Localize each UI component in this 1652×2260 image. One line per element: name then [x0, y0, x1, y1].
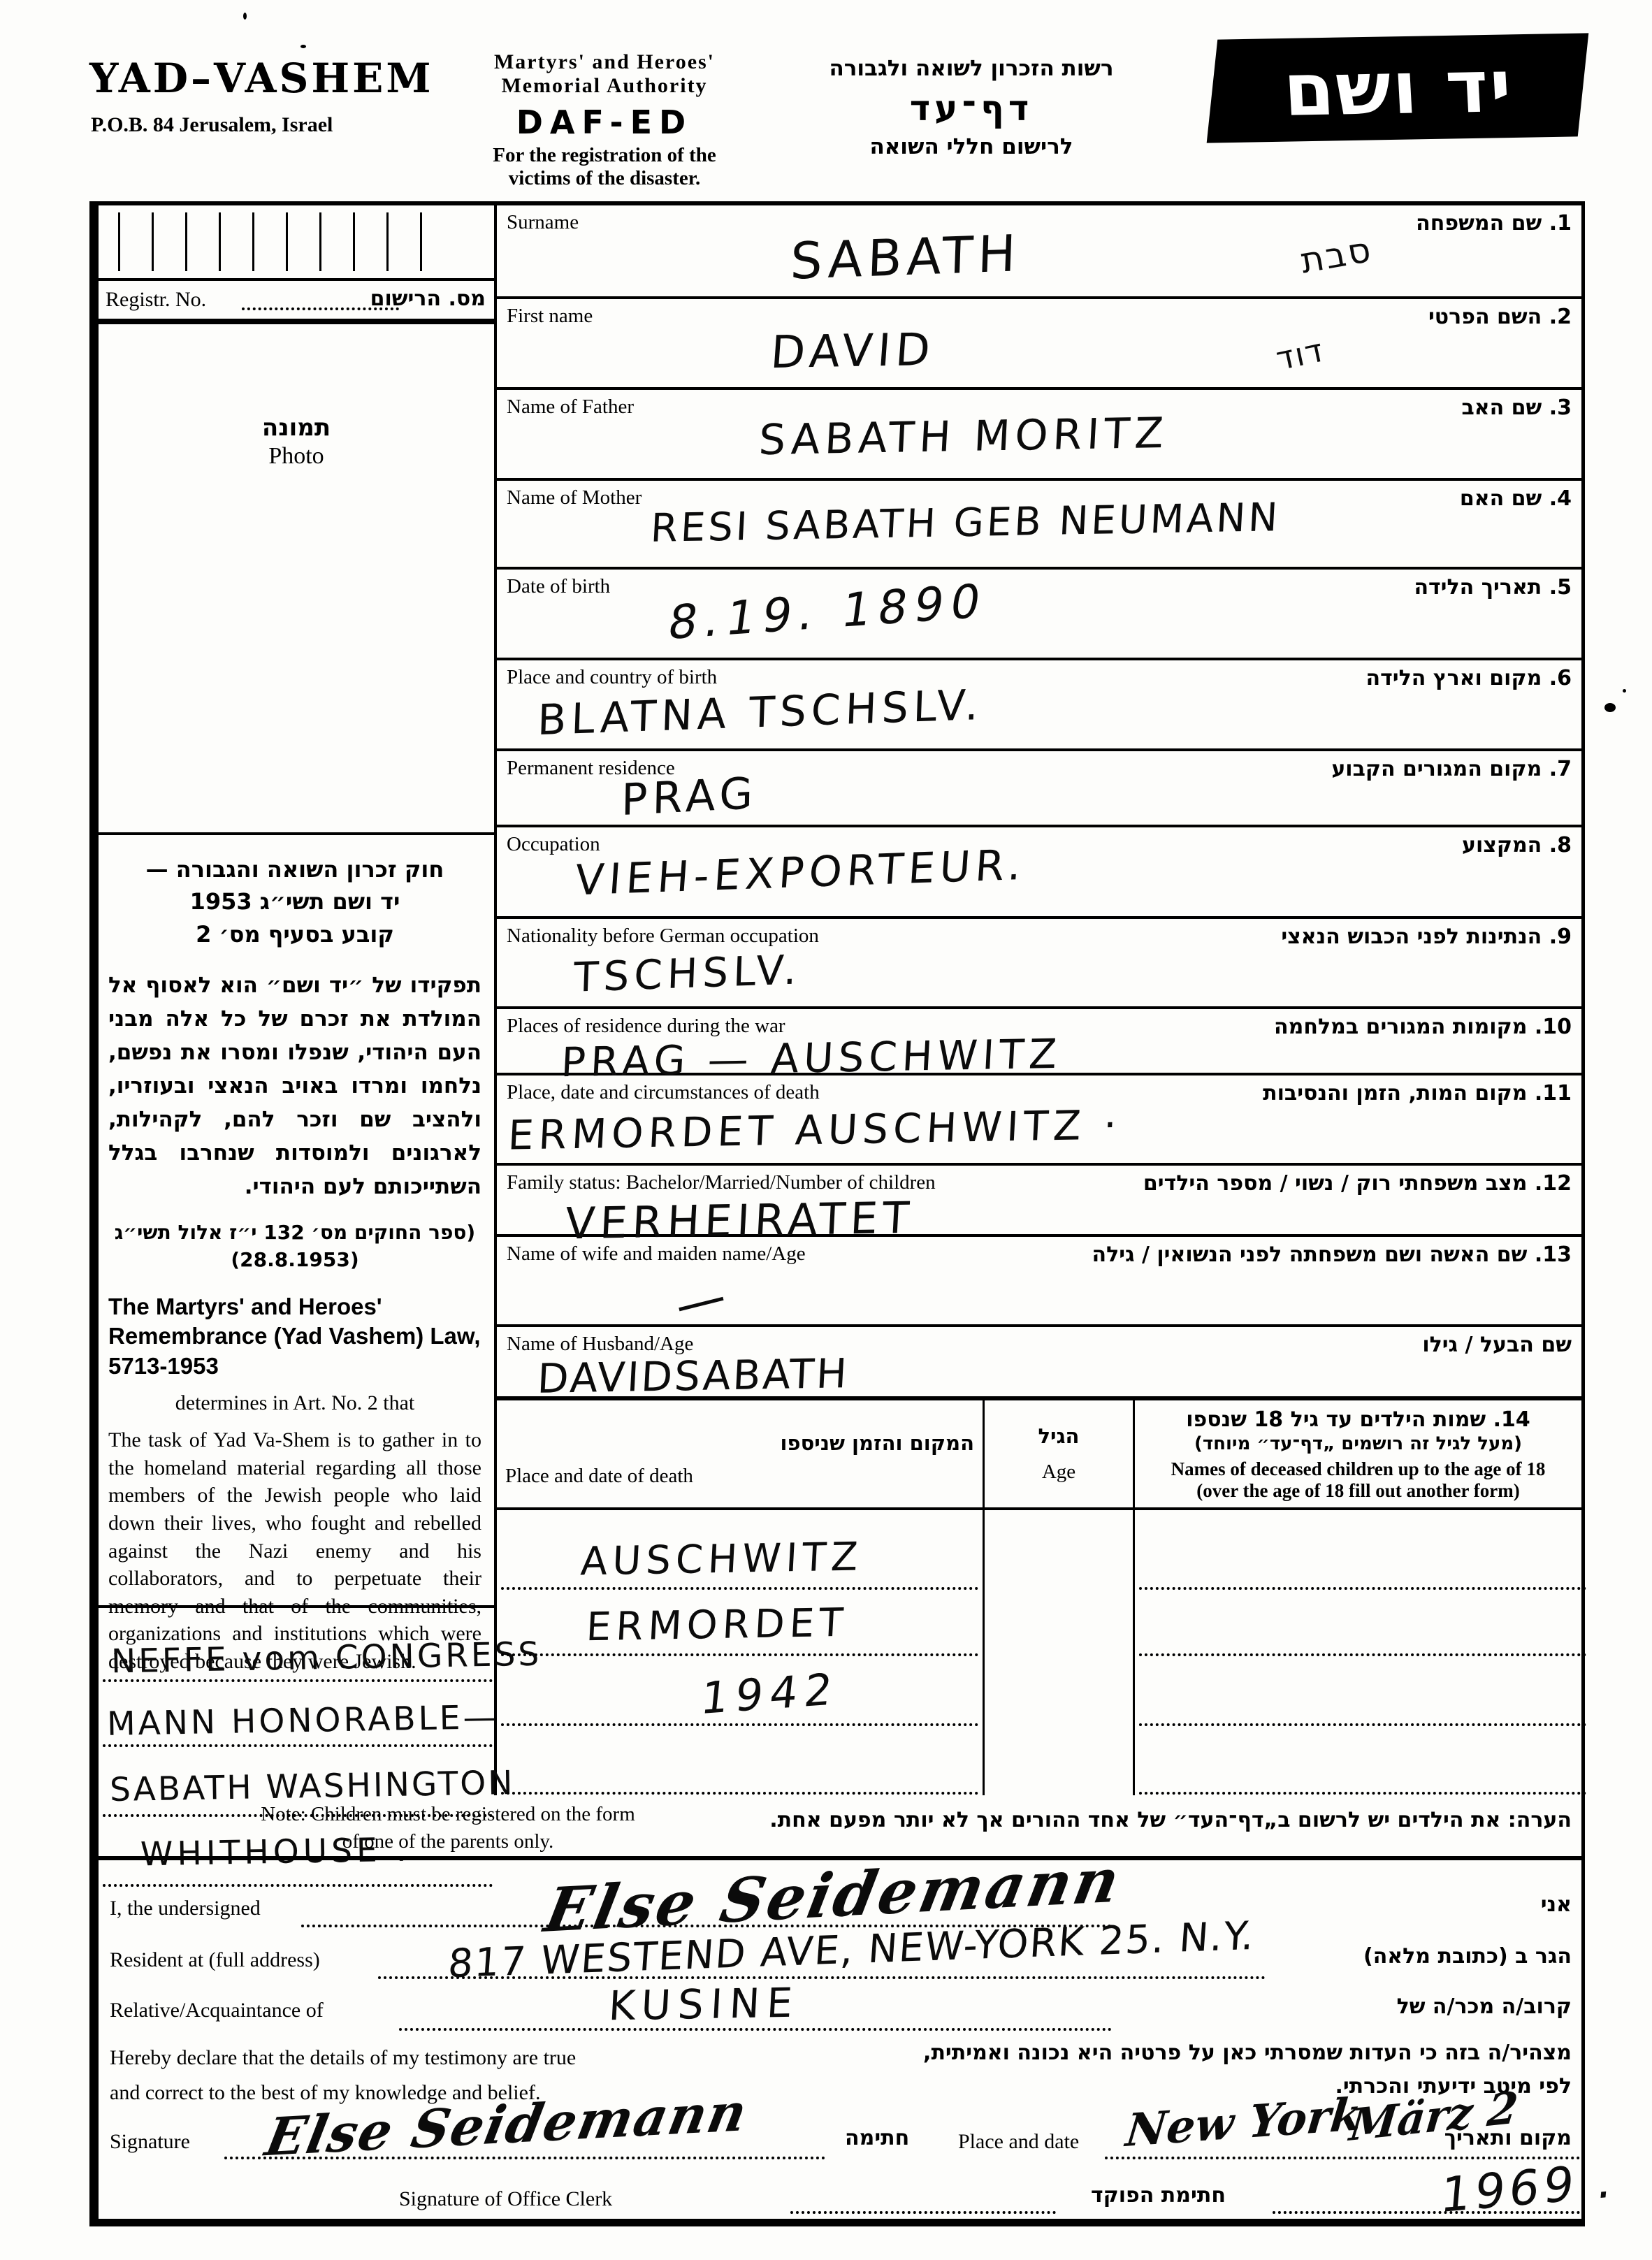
field-row-husband: Name of Husband/Age שם הבעל / גילו DAVID…	[497, 1327, 1581, 1400]
yad-vashem-logo: יד ושם	[1207, 33, 1589, 143]
wife-label-he: 13. שם האשה ושם משפחתה לפני הנשואין / גי…	[1092, 1243, 1572, 1267]
husband-value: DAVIDSABATH	[536, 1349, 850, 1403]
daf-ed-testimony-page: YAD–VASHEM P.O.B. 84 Jerusalem, Israel M…	[0, 0, 1652, 2260]
relative-value: KUSINE	[607, 1979, 800, 2030]
photo-label-en: Photo	[99, 443, 494, 470]
field-row-death: Place, date and circumstances of death 1…	[497, 1075, 1581, 1166]
father-label-he: 3. שם האב	[1461, 396, 1572, 420]
org-address: P.O.B. 84 Jerusalem, Israel	[91, 113, 333, 137]
children-place-label-he: המקום והזמן שניספו	[781, 1431, 974, 1455]
signature-label-he: חתימה	[845, 2126, 909, 2150]
children-age-cell	[985, 1510, 1135, 1795]
registration-number-row: Registr. No. מס. הרישום	[99, 281, 494, 324]
field-row-family-status: Family status: Bachelor/Married/Number o…	[497, 1166, 1581, 1237]
residence-label-he: 7. מקום המגורים הקבוע	[1331, 757, 1572, 781]
authority-block-hebrew: רשות הזכרון לשואה ולגבורה דף־עד לרישום ח…	[804, 56, 1139, 159]
authority-block: Martyrs' and Heroes' Memorial Authority …	[440, 50, 769, 190]
relative-label-he: קרוב/ה מכר/ה של	[1397, 1994, 1572, 2019]
birth-date-label-he: 5. תאריך הלידה	[1414, 575, 1572, 600]
death-label-he: 11. מקום המות, הזמן והנסיבות	[1263, 1081, 1572, 1106]
org-title: YAD–VASHEM	[89, 55, 434, 102]
surname-value: SABATH	[790, 224, 1022, 291]
first-name-value-hebrew-script: דוד	[1273, 331, 1327, 377]
note-row: Note: Children must be registered on the…	[99, 1795, 1581, 1860]
authority-line2: Memorial Authority	[440, 74, 769, 98]
occupation-label: Occupation	[507, 833, 600, 856]
mother-label-he: 4. שם האם	[1460, 486, 1572, 511]
father-label: Name of Father	[507, 396, 634, 419]
surname-label: Surname	[507, 211, 579, 234]
declaration-section: I, the undersigned אני Else Seidemann Re…	[99, 1860, 1581, 2231]
field-row-birth-date: Date of birth 5. תאריך הלידה 8.19. 1890	[497, 570, 1581, 660]
field-row-nationality: Nationality before German occupation 9. …	[497, 919, 1581, 1009]
purpose-he: לרישום חללי השואה	[804, 134, 1139, 159]
note-text-en: Note: Children must be registered on the…	[113, 1801, 783, 1855]
family-status-label: Family status: Bachelor/Married/Number o…	[507, 1171, 936, 1194]
husband-label-he: שם הבעל / גילו	[1422, 1333, 1572, 1357]
field-row-mother: Name of Mother 4. שם האם RESI SABATH GEB…	[497, 481, 1581, 570]
war-residence-label-he: 10. מקומות המגורים במלחמה	[1274, 1015, 1572, 1039]
declare-line-1: Hereby declare that the details of my te…	[110, 2046, 576, 2070]
authority-line1: Martyrs' and Heroes'	[440, 50, 769, 74]
law-ref-he: (ספר החוקים מס׳ 132 י״ז אלול תשי״ג	[108, 1221, 481, 1244]
undersigned-label-he: אני	[1541, 1892, 1572, 1917]
children-age-label-he: הגיל	[985, 1424, 1133, 1448]
mother-value: RESI SABATH GEB NEUMANN	[649, 495, 1281, 551]
nationality-value: TSCHSLV.	[573, 946, 802, 1001]
law-sub-en: determines in Art. No. 2 that	[108, 1391, 481, 1415]
law-body-he: תפקידו של ״יד ושם״ הוא לאסוף אל המולדת א…	[108, 969, 481, 1203]
children-age-label-en: Age	[985, 1461, 1133, 1484]
field-row-residence: Permanent residence 7. מקום המגורים הקבו…	[497, 751, 1581, 827]
law-sidebar: חוק זכרון השואה והגבורה — יד ושם תשי״ג 1…	[99, 835, 494, 1605]
field-row-war-residence: Places of residence during the war 10. מ…	[497, 1009, 1581, 1075]
testimony-form: Registr. No. מס. הרישום תמונה Photo חוק …	[89, 201, 1585, 2226]
form-code-he: דף־עד	[804, 88, 1139, 129]
form-code: DAF-ED	[440, 103, 769, 141]
children-place-label-en: Place and date of death	[505, 1465, 693, 1488]
children-place-entry-2: ERMORDET	[585, 1600, 849, 1651]
children-col-age-header: הגיל Age	[985, 1400, 1135, 1507]
resident-label: Resident at (full address)	[110, 1948, 320, 1972]
law-ref-date: (28.8.1953)	[108, 1248, 481, 1271]
yad-vashem-logo-text: יד ושם	[1281, 43, 1514, 132]
law-title-he-1: חוק זכרון השואה והגבורה —	[108, 853, 481, 885]
death-label: Place, date and circumstances of death	[507, 1081, 820, 1104]
resident-label-he: הגר ב (כתובת מלאה)	[1363, 1944, 1572, 1969]
note-line-1: Note: Children must be registered on the…	[261, 1803, 635, 1825]
children-title-he-1: 14. שמות הילדים עד גיל 18 שנספו	[1135, 1407, 1581, 1432]
birth-place-label-he: 6. מקום וארץ הלידה	[1366, 666, 1572, 690]
residence-value: PRAG	[621, 767, 758, 825]
note-text-he: הערה: את הילדים יש לרשום ב„דף־העד״ של אח…	[769, 1808, 1572, 1832]
field-row-first-name: First name 2. השם הפרטי DAVID דוד	[497, 299, 1581, 390]
surname-label-he: 1. שם המשפחה	[1416, 211, 1572, 236]
place-date-label: Place and date	[958, 2130, 1079, 2154]
children-names-cell	[1135, 1510, 1581, 1795]
occupation-value: VIEH-EXPORTEUR.	[574, 841, 1028, 906]
war-residence-label: Places of residence during the war	[507, 1015, 785, 1038]
declare-line-1-he: מצהיר/ה בזה כי העדות שמסרתי כאן על פרטיה…	[923, 2041, 1572, 2065]
first-name-label-he: 2. השם הפרטי	[1428, 305, 1572, 329]
father-value: SABATH MORITZ	[758, 409, 1169, 465]
undersigned-label: I, the undersigned	[110, 1897, 261, 1920]
children-place-cell: AUSCHWITZ ERMORDET 1942	[497, 1510, 985, 1795]
wife-value: —	[669, 1265, 737, 1335]
place-date-label-he: מקום ותאריך	[1444, 2126, 1572, 2150]
birth-date-label: Date of birth	[507, 575, 610, 598]
family-status-label-he: 12. מצב משפחתי רוק / נשוי / מספר הילדים	[1143, 1171, 1572, 1196]
death-value: ERMORDET AUSCHWITZ ·	[507, 1101, 1122, 1159]
field-row-wife: Name of wife and maiden name/Age 13. שם …	[497, 1237, 1581, 1327]
annotation-line-1: NEFFE vom CONGRESS	[111, 1635, 542, 1681]
stray-mark	[243, 13, 247, 20]
field-row-occupation: Occupation 8. המקצוע VIEH-EXPORTEUR.	[497, 827, 1581, 919]
ink-dot	[1623, 689, 1626, 693]
purpose-line2: victims of the disaster.	[440, 167, 769, 190]
clerk-label-he: חתימת הפוקד	[1091, 2183, 1226, 2208]
note-line-2: of one of the parents only.	[342, 1830, 554, 1853]
birth-date-value: 8.19. 1890	[665, 574, 991, 651]
nationality-label-he: 9. הנתינות לפני הכבוש הנאצי	[1281, 925, 1572, 949]
fields-column: Surname 1. שם המשפחה SABATH סבת First na…	[497, 205, 1581, 1795]
ink-blot	[1604, 703, 1616, 712]
purpose-line1: For the registration of the	[440, 144, 769, 167]
photo-box: תמונה Photo	[99, 414, 494, 835]
wife-label: Name of wife and maiden name/Age	[507, 1243, 806, 1266]
stray-mark-2	[300, 45, 306, 48]
place-value: New York	[1123, 2088, 1364, 2157]
law-title-he-2: יד ושם תשי״ג 1953	[108, 885, 481, 918]
signature-label: Signature	[110, 2130, 190, 2154]
photo-label-he: תמונה	[99, 414, 494, 442]
law-title-he-3: קובע בסעיף מס׳ 2	[108, 918, 481, 950]
law-title-en: The Martyrs' and Heroes' Remembrance (Ya…	[108, 1292, 481, 1382]
left-column: Registr. No. מס. הרישום תמונה Photo חוק …	[99, 205, 497, 1795]
children-title-en-1: Names of deceased children up to the age…	[1135, 1458, 1581, 1480]
children-col-place-header: המקום והזמן שניספו Place and date of dea…	[497, 1400, 985, 1507]
children-title-he-2: (מעל לגיל זה רושמים „דף־עד״ מיוחד)	[1135, 1433, 1581, 1454]
children-col-names-header: 14. שמות הילדים עד גיל 18 שנספו (מעל לגי…	[1135, 1400, 1581, 1507]
mother-label: Name of Mother	[507, 486, 642, 509]
form-header: YAD–VASHEM P.O.B. 84 Jerusalem, Israel M…	[0, 0, 1652, 201]
children-table-rows: AUSCHWITZ ERMORDET 1942	[497, 1510, 1581, 1795]
birth-place-label: Place and country of birth	[507, 666, 717, 689]
first-name-label: First name	[507, 305, 593, 328]
field-row-surname: Surname 1. שם המשפחה SABATH סבת	[497, 205, 1581, 299]
occupation-label-he: 8. המקצוע	[1462, 833, 1572, 857]
field-row-father: Name of Father 3. שם האב SABATH MORITZ	[497, 390, 1581, 481]
children-place-entry-3: 1942	[698, 1663, 841, 1725]
authority-he: רשות הזכרון לשואה ולגבורה	[804, 56, 1139, 81]
relative-label: Relative/Acquaintance of	[110, 1999, 324, 2022]
registr-no-label-he: מס. הרישום	[370, 287, 486, 311]
first-name-value: DAVID	[769, 324, 936, 379]
children-title-en-2: (over the age of 18 fill out another for…	[1135, 1480, 1581, 1502]
registration-number-grid	[99, 205, 494, 281]
registr-no-label: Registr. No.	[106, 288, 206, 312]
annotation-line-2: MANN HONORABLE—	[107, 1698, 499, 1744]
form-top-zone: Registr. No. מס. הרישום תמונה Photo חוק …	[99, 205, 1581, 1795]
children-table-header: המקום והזמן שניספו Place and date of dea…	[497, 1400, 1581, 1510]
field-row-birth-place: Place and country of birth 6. מקום וארץ …	[497, 660, 1581, 751]
nationality-label: Nationality before German occupation	[507, 925, 819, 948]
clerk-label: Signature of Office Clerk	[399, 2187, 612, 2211]
surname-value-hebrew-script: סבת	[1298, 229, 1376, 281]
children-place-entry-1: AUSCHWITZ	[579, 1534, 864, 1584]
birth-place-value: BLATNA TSCHSLV.	[537, 681, 984, 745]
